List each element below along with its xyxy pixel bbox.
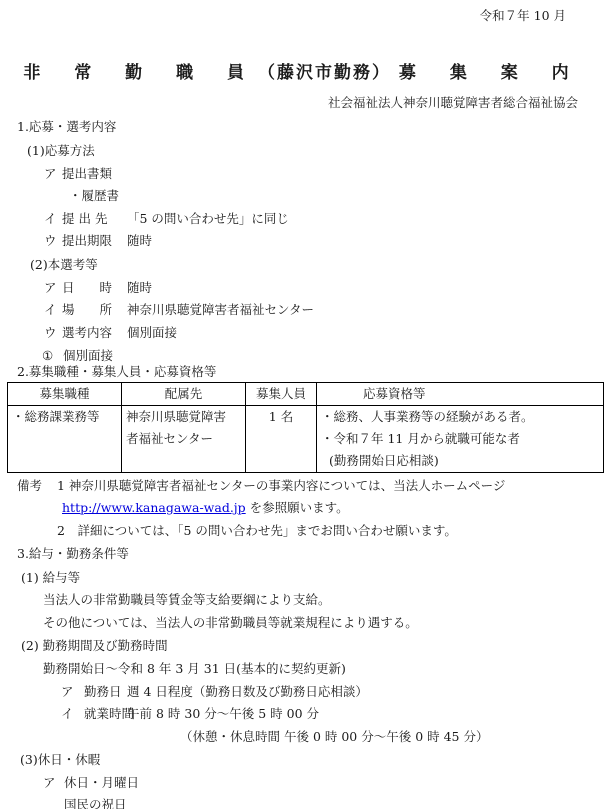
section1-sub1-a-text: 提出書類 xyxy=(62,166,112,182)
section1-sub2-a-key: 日 時 xyxy=(62,280,112,296)
job-text: ・総務課業務等 xyxy=(12,406,121,428)
section3-sub2-a-value: 週 4 日程度（勤務日数及び勤務日応相談） xyxy=(127,684,368,700)
section1-sub1-i-label: イ xyxy=(44,211,57,227)
section1-sub1-i-value: 「5 の問い合わせ先」に同じ xyxy=(127,211,289,227)
section3-sub2-i-value: 午前 8 時 30 分～午後 5 時 00 分 xyxy=(127,706,319,722)
table-header-qualification: 応募資格等 xyxy=(317,383,604,406)
section1-sub1-u-key: 提出期限 xyxy=(62,233,112,249)
table-cell-count: 1 名 xyxy=(246,406,317,473)
section1-sub2-i-label: イ xyxy=(44,302,57,318)
table-row: ・総務課業務等 神奈川県聴覚障害 者福祉センター 1 名 ・総務、人事業務等の経… xyxy=(8,406,604,473)
dept-line-1: 神奈川県聴覚障害 xyxy=(126,406,245,428)
section1-sub2-a-value: 随時 xyxy=(127,280,152,296)
document-title: 非 常 勤 職 員（藤沢市勤務） 募 集 案 内 xyxy=(0,62,606,84)
section1-sub2-item1-label: ① xyxy=(42,348,53,364)
count-text: 1 名 xyxy=(246,406,316,428)
section1-sub2-u-label: ウ xyxy=(44,325,57,341)
section3-sub3-a-line2: 国民の祝日 xyxy=(64,797,127,809)
dept-line-2: 者福祉センター xyxy=(126,428,245,450)
qualification-line-1: ・総務、人事業務等の経験がある者。 xyxy=(321,406,603,428)
table-header-count: 募集人員 xyxy=(246,383,317,406)
table-cell-qualification: ・総務、人事業務等の経験がある者。 ・令和７年 11 月から就職可能な者 (勤務… xyxy=(317,406,604,473)
section1-sub2-u-value: 個別面接 xyxy=(127,325,177,341)
notes-item-1-cont: http://www.kanagawa-wad.jp を参照願います。 xyxy=(62,500,349,516)
notes-item-2: 2 詳細については、「5 の問い合わせ先」までお問い合わせ願います。 xyxy=(57,523,457,539)
table-cell-job: ・総務課業務等 xyxy=(8,406,122,473)
section1-sub1-u-value: 随時 xyxy=(127,233,152,249)
section1-sub1-a-item: ・履歴書 xyxy=(69,188,119,204)
section1-sub1-heading: (1)応募方法 xyxy=(27,143,95,159)
title-tail: 募 集 案 内 xyxy=(399,63,583,83)
section3-sub3-heading: (3)休日・休暇 xyxy=(20,752,100,768)
title-main: 非 常 勤 職 員 xyxy=(23,63,258,83)
recruitment-table: 募集職種 配属先 募集人員 応募資格等 ・総務課業務等 神奈川県聴覚障害 者福祉… xyxy=(7,382,604,473)
qualification-line-2: ・令和７年 11 月から就職可能な者 xyxy=(321,428,603,450)
section1-sub1-i-key: 提 出 先 xyxy=(62,211,107,227)
section3-sub2-a-label: ア xyxy=(61,684,74,700)
section3-sub1-line2: その他については、当法人の非常勤職員等就業規程により遇する。 xyxy=(43,615,418,631)
homepage-link[interactable]: http://www.kanagawa-wad.jp xyxy=(62,500,246,515)
title-paren: （藤沢市勤務） xyxy=(258,63,391,83)
table-header-dept: 配属先 xyxy=(122,383,246,406)
section1-sub1-a-label: ア xyxy=(44,166,57,182)
document-date: 令和７年 10 月 xyxy=(480,8,566,24)
table-header-job: 募集職種 xyxy=(8,383,122,406)
section3-sub2-period: 勤務開始日～令和 8 年 3 月 31 日(基本的に契約更新) xyxy=(43,661,346,677)
section3-sub1-heading: (1) 給与等 xyxy=(21,570,80,586)
table-header-row: 募集職種 配属先 募集人員 応募資格等 xyxy=(8,383,604,406)
notes-item-1-tail: を参照願います。 xyxy=(250,500,349,515)
notes-label: 備考 xyxy=(17,478,42,494)
organization-name: 社会福祉法人神奈川聴覚障害者総合福祉協会 xyxy=(328,95,578,111)
section3-sub2-heading: (2) 勤務期間及び勤務時間 xyxy=(21,638,168,654)
section1-sub2-i-key: 場 所 xyxy=(62,302,112,318)
section3-sub1-line1: 当法人の非常勤職員等賃金等支給要綱により支給。 xyxy=(43,592,331,608)
section3-heading: 3.給与・勤務条件等 xyxy=(17,546,129,562)
section3-sub2-break: （休憩・休息時間 午後 0 時 00 分～午後 0 時 45 分） xyxy=(180,729,488,745)
section2-heading: 2.募集職種・募集人員・応募資格等 xyxy=(17,364,216,380)
section1-sub2-heading: (2)本選考等 xyxy=(30,257,98,273)
section3-sub2-i-label: イ xyxy=(61,706,74,722)
section1-heading: 1.応募・選考内容 xyxy=(17,119,116,135)
section1-sub2-item1-text: 個別面接 xyxy=(63,348,113,364)
qualification-line-3: (勤務開始日応相談) xyxy=(321,450,603,472)
table-cell-dept: 神奈川県聴覚障害 者福祉センター xyxy=(122,406,246,473)
section1-sub1-u-label: ウ xyxy=(44,233,57,249)
section1-sub2-a-label: ア xyxy=(44,280,57,296)
section1-sub2-i-value: 神奈川県聴覚障害者福祉センター xyxy=(127,302,314,318)
section3-sub3-a-value: 休日・月曜日 xyxy=(64,775,139,791)
section3-sub2-a-key: 勤務日 xyxy=(84,684,122,700)
section3-sub3-a-label: ア xyxy=(43,775,56,791)
section1-sub2-u-key: 選考内容 xyxy=(62,325,112,341)
notes-item-1: 1 神奈川県聴覚障害者福祉センターの事業内容については、当法人ホームページ xyxy=(57,478,505,494)
